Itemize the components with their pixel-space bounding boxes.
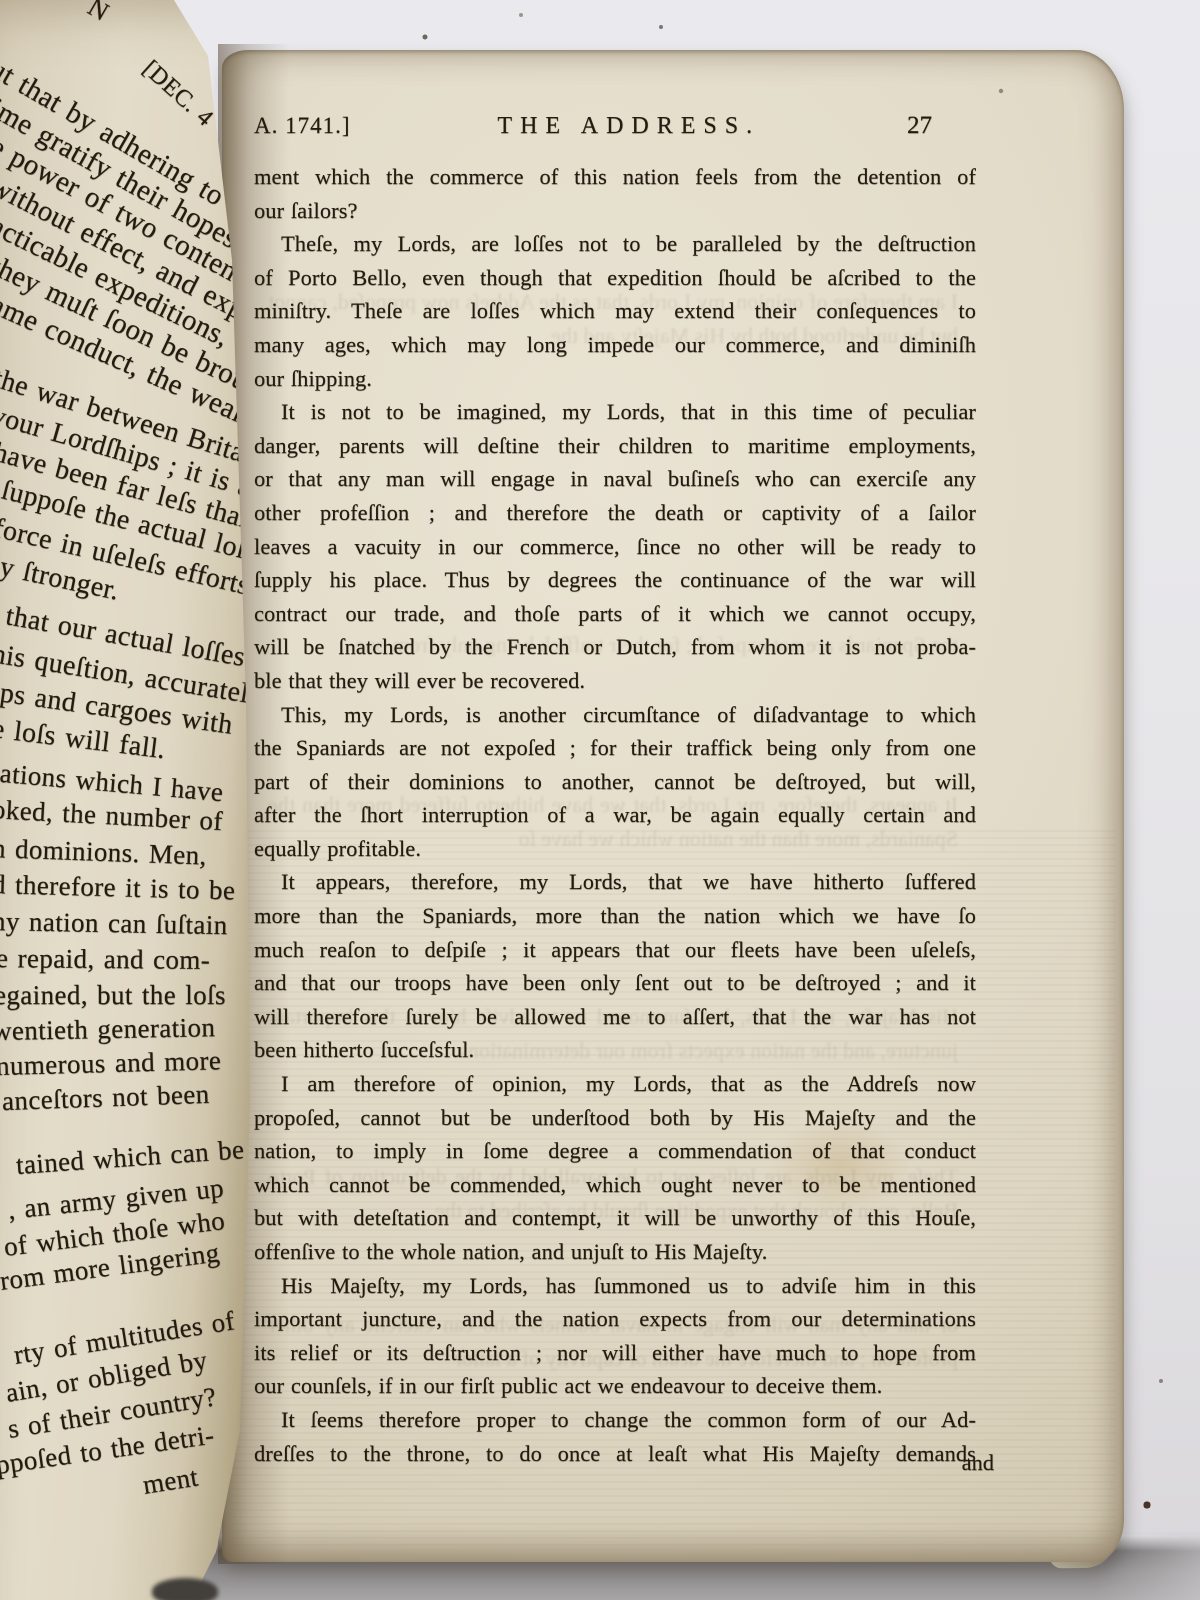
text-line: nation, to imply in ſome degree a commen…: [254, 1134, 976, 1168]
text-line: which cannot be commended, which ought n…: [254, 1168, 976, 1202]
text-line: but with deteſtation and contempt, it wi…: [254, 1201, 976, 1235]
running-header-fragment: N: [83, 0, 115, 28]
text-line: after the ſhort interruption of a war, b…: [254, 798, 976, 832]
text-line: This, my Lords, is another circumſtance …: [254, 698, 976, 732]
book-photo: I am therefore of opinion, my Lords, tha…: [0, 0, 1200, 1600]
text-line: miniſtry. Theſe are loſſes which may ext…: [254, 294, 976, 328]
date-marker: [DEC. 4: [137, 55, 218, 132]
left-page-line: anceſtors not been: [1, 1079, 210, 1117]
left-page: N[DEC. 4ut that by adhering to theime gr…: [0, 0, 252, 1600]
page-body-text: ment which the commerce of this nation f…: [254, 160, 976, 1470]
catchword-left: ment: [141, 1461, 201, 1500]
text-line: It appears, therefore, my Lords, that we…: [254, 865, 976, 899]
left-page-line: wentieth generation: [0, 1012, 216, 1047]
running-header: A. 1741.] THE ADDRESS. 27: [254, 112, 976, 140]
left-page-line: e repaid, and com-: [0, 943, 210, 976]
left-page-line: numerous and more: [0, 1045, 222, 1082]
text-line: many ages, which may long impede our com…: [254, 328, 976, 362]
text-line: I am therefore of opinion, my Lords, tha…: [254, 1067, 976, 1101]
left-page-line: ny nation can ſuſtain: [0, 906, 228, 941]
text-line: ment which the commerce of this nation f…: [254, 160, 976, 194]
text-line: danger, parents will deſtine their child…: [254, 429, 976, 463]
text-line: more than the Spaniards, more than the n…: [254, 899, 976, 933]
text-line: will therefore ſurely be allowed me to a…: [254, 1000, 976, 1034]
text-line: been hitherto ſucceſsful.: [254, 1033, 976, 1067]
text-line: part of their dominions to another, cann…: [254, 765, 976, 799]
text-line: the Spaniards are not expoſed ; for thei…: [254, 731, 976, 765]
text-line: and that our troops have been only ſent …: [254, 966, 976, 1000]
text-line: will be ſnatched by the French or Dutch,…: [254, 630, 976, 664]
text-line: It ſeems therefore proper to change the …: [254, 1403, 976, 1437]
left-page-line: d therefore it is to be: [0, 869, 236, 906]
catchword-right: and: [254, 1450, 994, 1476]
text-line: our ſailors?: [254, 194, 976, 228]
page-number: 27: [907, 112, 976, 140]
text-line: our ſhipping.: [254, 362, 976, 396]
text-line: Theſe, my Lords, are loſſes not to be pa…: [254, 227, 976, 261]
text-line: His Majeſty, my Lords, has ſummoned us t…: [254, 1269, 976, 1303]
year-marker: A. 1741.]: [254, 113, 351, 139]
text-line: equally profitable.: [254, 832, 976, 866]
text-line: ſupply his place. Thus by degrees the co…: [254, 563, 976, 597]
text-line: much reaſon to deſpiſe ; it appears that…: [254, 933, 976, 967]
left-page-line: h dominions. Men,: [0, 833, 207, 871]
text-line: or that any man will engage in naval buſ…: [254, 462, 976, 496]
text-line: its relief or its deſtruction ; nor will…: [254, 1336, 976, 1370]
text-line: other profeſſion ; and therefore the dea…: [254, 496, 976, 530]
text-line: ble that they will ever be recovered.: [254, 664, 976, 698]
text-line: offenſive to the whole nation, and unjuſ…: [254, 1235, 976, 1269]
text-line: It is not to be imagined, my Lords, that…: [254, 395, 976, 429]
text-line: propoſed, cannot but be underſtood both …: [254, 1101, 976, 1135]
page-title: THE ADDRESS.: [351, 113, 907, 140]
book-cover-edge: [152, 1578, 218, 1600]
text-line: our counſels, if in our firſt public act…: [254, 1369, 976, 1403]
text-line: leaves a vacuity in our commerce, ſince …: [254, 530, 976, 564]
text-line: contract our trade, and thoſe parts of i…: [254, 597, 976, 631]
left-page-line: egained, but the loſs: [0, 980, 226, 1011]
text-line: important juncture, and the nation expec…: [254, 1302, 976, 1336]
text-line: of Porto Bello, even though that expedit…: [254, 261, 976, 295]
dust-specks: [0, 0, 2, 2]
